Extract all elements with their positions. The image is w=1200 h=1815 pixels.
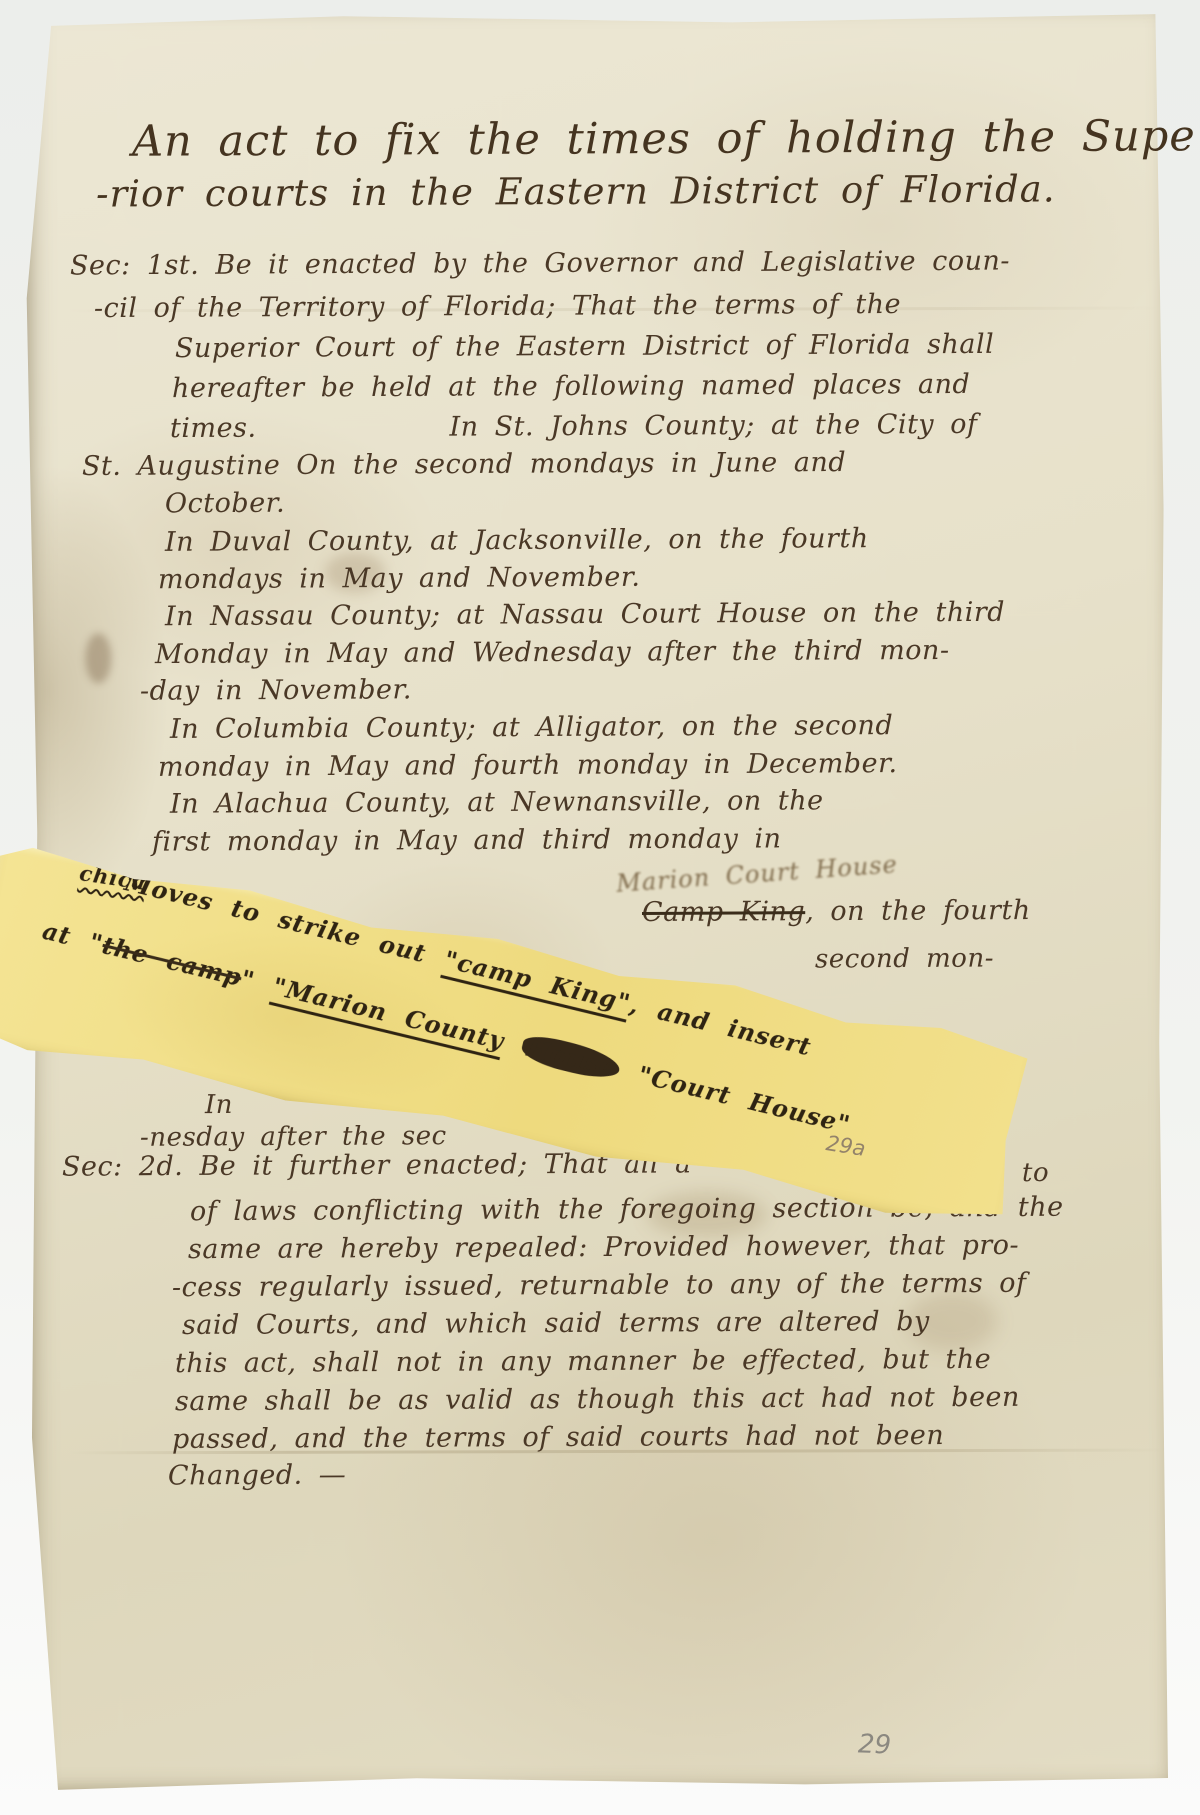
ink-stain [85, 633, 111, 683]
slip-insert-blotted: House [519, 1032, 623, 1084]
slip-insert-prefix: at " [40, 916, 107, 959]
manuscript-line: In Nassau County; at Nassau Court House … [165, 599, 1005, 630]
manuscript-line: passed, and the terms of said courts had… [172, 1422, 944, 1453]
pencil-page-number: 29 [857, 1729, 891, 1760]
manuscript-line: -day in November. [140, 676, 412, 704]
manuscript-line: first monday in May and third monday in [152, 825, 782, 855]
manuscript-line: -cess regularly issued, returnable to an… [172, 1270, 1027, 1301]
manuscript-line: October. [165, 490, 285, 518]
after-struck-text: , on the fourth [805, 895, 1031, 927]
line-fragment: second mon- [815, 944, 994, 975]
manuscript-line: In Duval County, at Jacksonville, on the… [165, 525, 869, 556]
struck-text: Camp King [642, 896, 805, 928]
manuscript-line: Sec: 1st. Be it enacted by the Governor … [70, 248, 1010, 280]
manuscript-line: -cil of the Territory of Florida; That t… [94, 291, 901, 322]
manuscript-line: In Alachua County, at Newnansville, on t… [170, 787, 824, 817]
slip-insert-final: "Court House" [616, 1055, 853, 1139]
manuscript-line: monday in May and fourth monday in Decem… [158, 750, 898, 781]
manuscript-line: mondays in May and November. [158, 564, 640, 594]
manuscript-line: same are hereby repealed: Provided howev… [188, 1232, 1019, 1263]
manuscript-line: Monday in May and Wednesday after the th… [155, 637, 950, 668]
manuscript-line: In Columbia County; at Alligator, on the… [170, 712, 893, 743]
manuscript-line: this act, shall not in any manner be eff… [175, 1346, 991, 1377]
act-title-line-1: An act to fix the times of holding the S… [132, 111, 1196, 167]
scan-background: An act to fix the times of holding the S… [0, 0, 1200, 1815]
line-fragment: In [205, 1090, 233, 1120]
manuscript-line: same shall be as valid as though this ac… [175, 1384, 1020, 1415]
manuscript-line: times. In St. Johns County; at the City … [170, 411, 978, 442]
manuscript-line: Changed. — [168, 1462, 346, 1490]
manuscript-line: Superior Court of the Eastern District o… [175, 331, 994, 362]
slip-insert-kept: "Marion County [270, 971, 507, 1055]
manuscript-line: St. Augustine On the second mondays in J… [82, 449, 846, 480]
struck-correction-line: Camp King, on the fourth [642, 897, 1031, 926]
slip-insert-struck: the camp [99, 930, 244, 992]
line-fragment: -nesday after the sec [140, 1121, 447, 1153]
line-fragment: to [1022, 1158, 1049, 1188]
manuscript-line: hereafter be held at the following named… [172, 371, 970, 402]
manuscript-line: said Courts, and which said terms are al… [182, 1308, 930, 1339]
act-title-line-2: -rior courts in the Eastern District of … [96, 167, 1056, 215]
